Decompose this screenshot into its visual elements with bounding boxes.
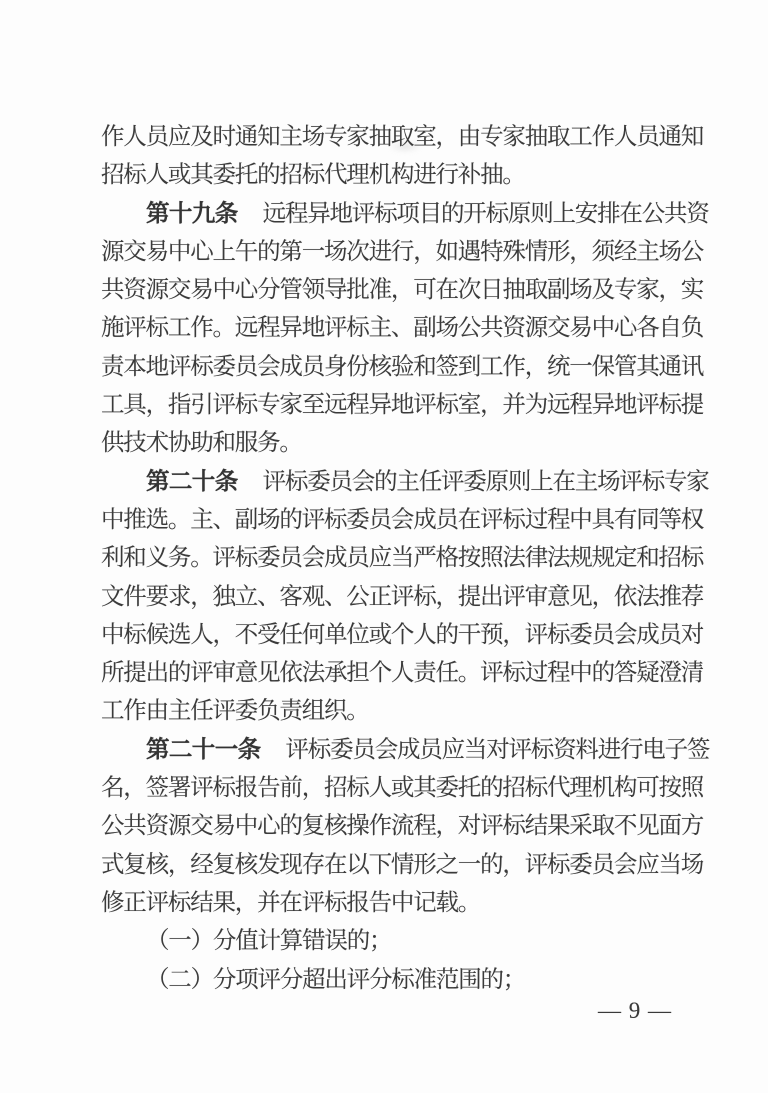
text-line: （一）分值计算错误的； [101, 922, 713, 960]
article-number: 第二十条 [146, 469, 238, 495]
text-line: 作人员应及时通知主场专家抽取室，由专家抽取工作人员通知 [101, 118, 713, 156]
text-line: 中推选。主、副场的评标委员会成员在评标过程中具有同等权 [101, 501, 713, 539]
page-number: — 9 — [598, 998, 672, 1024]
text-line: 公共资源交易中心的复核操作流程，对评标结果采取不见面方 [101, 807, 713, 845]
text-line: 利和义务。评标委员会成员应当严格按照法律法规规定和招标 [101, 539, 713, 577]
text-line: 第二十条评标委员会的主任评委原则上在主场评标专家 [101, 463, 713, 501]
text-line: 源交易中心上午的第一场次进行，如遇特殊情形，须经主场公 [101, 233, 713, 271]
line-text: 评标委员会成员应当对评标资料进行电子签 [286, 737, 710, 763]
text-line: 责本地评标委员会成员身份核验和签到工作，统一保管其通讯 [101, 348, 713, 386]
line-text: 评标委员会的主任评委原则上在主场评标专家 [263, 469, 709, 495]
text-line: 共资源交易中心分管领导批准，可在次日抽取副场及专家，实 [101, 271, 713, 309]
article-number: 第二十一条 [146, 737, 261, 763]
text-line: （二）分项评分超出评分标准范围的； [101, 961, 713, 999]
line-text: 远程异地评标项目的开标原则上安排在公共资 [263, 201, 709, 227]
text-line: 施评标工作。远程异地评标主、副场公共资源交易中心各自负 [101, 309, 713, 347]
text-line: 式复核，经复核发现存在以下情形之一的，评标委员会应当场 [101, 846, 713, 884]
text-line: 招标人或其委托的招标代理机构进行补抽。 [101, 156, 713, 194]
text-line: 供技术协助和服务。 [101, 424, 713, 462]
text-line: 文件要求，独立、客观、公正评标，提出评审意见，依法推荐 [101, 578, 713, 616]
article-number: 第十九条 [146, 201, 238, 227]
text-line: 第二十一条评标委员会成员应当对评标资料进行电子签 [101, 731, 713, 769]
text-line: 工具，指引评标专家至远程异地评标室，并为远程异地评标提 [101, 386, 713, 424]
text-line: 名，签署评标报告前，招标人或其委托的招标代理机构可按照 [101, 769, 713, 807]
document-page: 作人员应及时通知主场专家抽取室，由专家抽取工作人员通知招标人或其委托的招标代理机… [0, 0, 768, 1093]
document-body: 作人员应及时通知主场专家抽取室，由专家抽取工作人员通知招标人或其委托的招标代理机… [101, 118, 713, 999]
text-line: 修正评标结果，并在评标报告中记载。 [101, 884, 713, 922]
text-line: 中标候选人，不受任何单位或个人的干预，评标委员会成员对 [101, 616, 713, 654]
text-line: 第十九条远程异地评标项目的开标原则上安排在公共资 [101, 195, 713, 233]
text-line: 工作由主任评委负责组织。 [101, 692, 713, 730]
text-line: 所提出的评审意见依法承担个人责任。评标过程中的答疑澄清 [101, 654, 713, 692]
